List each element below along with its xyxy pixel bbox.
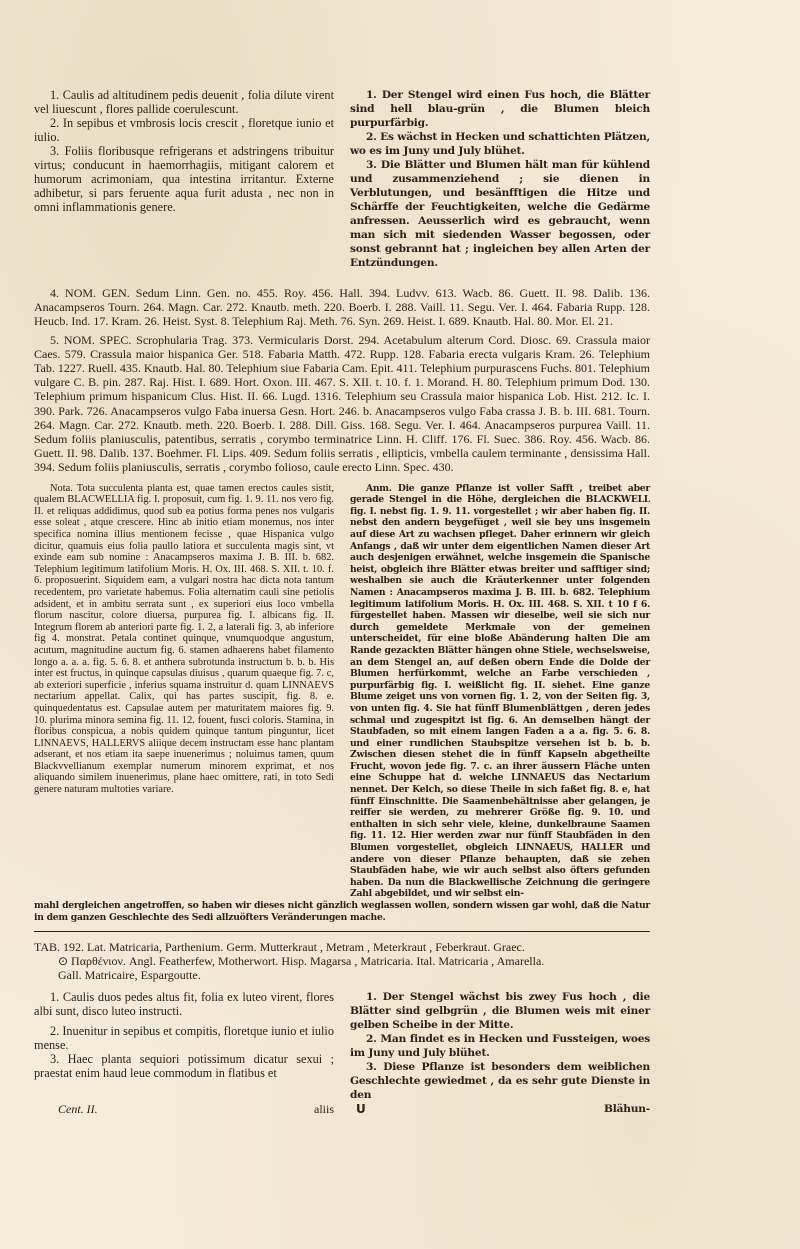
latin-catchword: aliis bbox=[314, 1102, 334, 1116]
matricaria-german-2: 2. Man findet es in Hecken und Fussteige… bbox=[350, 1032, 650, 1060]
section-sedum-properties: 1. Caulis ad altitudinem pedis deuenit ,… bbox=[34, 88, 650, 270]
german-paragraph-3: 3. Die Blätter und Blumen hält man für k… bbox=[350, 158, 650, 270]
signature-mark: Cent. II. bbox=[34, 1102, 98, 1116]
book-page: 1. Caulis ad altitudinem pedis deuenit ,… bbox=[34, 88, 650, 1116]
matricaria-german-column: 1. Der Stengel wächst bis zwey Fus hoch … bbox=[350, 990, 650, 1102]
section-matricaria: 1. Caulis duos pedes altus fit, folia ex… bbox=[34, 990, 650, 1102]
tab-heading-line-2: ⊙ Παρθένιον. Angl. Featherfew, Motherwor… bbox=[34, 954, 650, 968]
tab-heading-line-3: Gall. Matricaire, Espargoutte. bbox=[34, 968, 650, 982]
nomenclature-genus: 4. NOM. GEN. Sedum Linn. Gen. no. 455. R… bbox=[34, 286, 650, 329]
latin-note: Nota. Tota succulenta planta est, quae t… bbox=[34, 483, 334, 796]
sheet-signature: U bbox=[350, 1102, 366, 1116]
footer-right: U Blähun- bbox=[350, 1102, 650, 1116]
matricaria-german-1: 1. Der Stengel wächst bis zwey Fus hoch … bbox=[350, 990, 650, 1032]
species-names: 5. NOM. SPEC. Scrophularia Trag. 373. Ve… bbox=[34, 333, 650, 475]
german-column: 1. Der Stengel wird einen Fus hoch, die … bbox=[350, 88, 650, 270]
german-catchword: Blähun- bbox=[604, 1102, 650, 1116]
german-paragraph-2: 2. Es wächst in Hecken und schattichten … bbox=[350, 130, 650, 158]
german-paragraph-1: 1. Der Stengel wird einen Fus hoch, die … bbox=[350, 88, 650, 130]
matricaria-latin-column: 1. Caulis duos pedes altus fit, folia ex… bbox=[34, 990, 334, 1102]
latin-paragraph-1: 1. Caulis ad altitudinem pedis deuenit ,… bbox=[34, 88, 334, 116]
latin-column: 1. Caulis ad altitudinem pedis deuenit ,… bbox=[34, 88, 334, 270]
latin-paragraph-3: 3. Foliis floribusque refrigerans et ads… bbox=[34, 144, 334, 214]
tab-192-heading: TAB. 192. Lat. Matricaria, Parthenium. G… bbox=[34, 940, 650, 982]
german-note-continuation: mahl dergleichen angetroffen, so haben w… bbox=[34, 900, 650, 923]
german-note: Anm. Die ganze Pflanze ist voller Safft … bbox=[350, 483, 650, 900]
german-note-column: Anm. Die ganze Pflanze ist voller Safft … bbox=[350, 483, 650, 900]
notes-section: Nota. Tota succulenta planta est, quae t… bbox=[34, 483, 650, 900]
nomenclature-species: 5. NOM. SPEC. Scrophularia Trag. 373. Ve… bbox=[34, 333, 650, 475]
matricaria-latin-3: 3. Haec planta sequiori potissimum dicat… bbox=[34, 1052, 334, 1080]
section-divider bbox=[34, 931, 650, 932]
latin-paragraph-2: 2. In sepibus et vmbrosis locis crescit … bbox=[34, 116, 334, 144]
latin-note-column: Nota. Tota succulenta planta est, quae t… bbox=[34, 483, 334, 900]
matricaria-latin-1: 1. Caulis duos pedes altus fit, folia ex… bbox=[34, 990, 334, 1018]
footer-left: Cent. II. aliis bbox=[34, 1102, 334, 1116]
genus-names: 4. NOM. GEN. Sedum Linn. Gen. no. 455. R… bbox=[34, 286, 650, 329]
tab-heading-line-1: TAB. 192. Lat. Matricaria, Parthenium. G… bbox=[34, 940, 650, 954]
page-footer: Cent. II. aliis U Blähun- bbox=[34, 1102, 650, 1116]
matricaria-german-3: 3. Diese Pflanze ist besonders dem weibl… bbox=[350, 1060, 650, 1102]
matricaria-latin-2: 2. Inuenitur in sepibus et compitis, flo… bbox=[34, 1024, 334, 1052]
